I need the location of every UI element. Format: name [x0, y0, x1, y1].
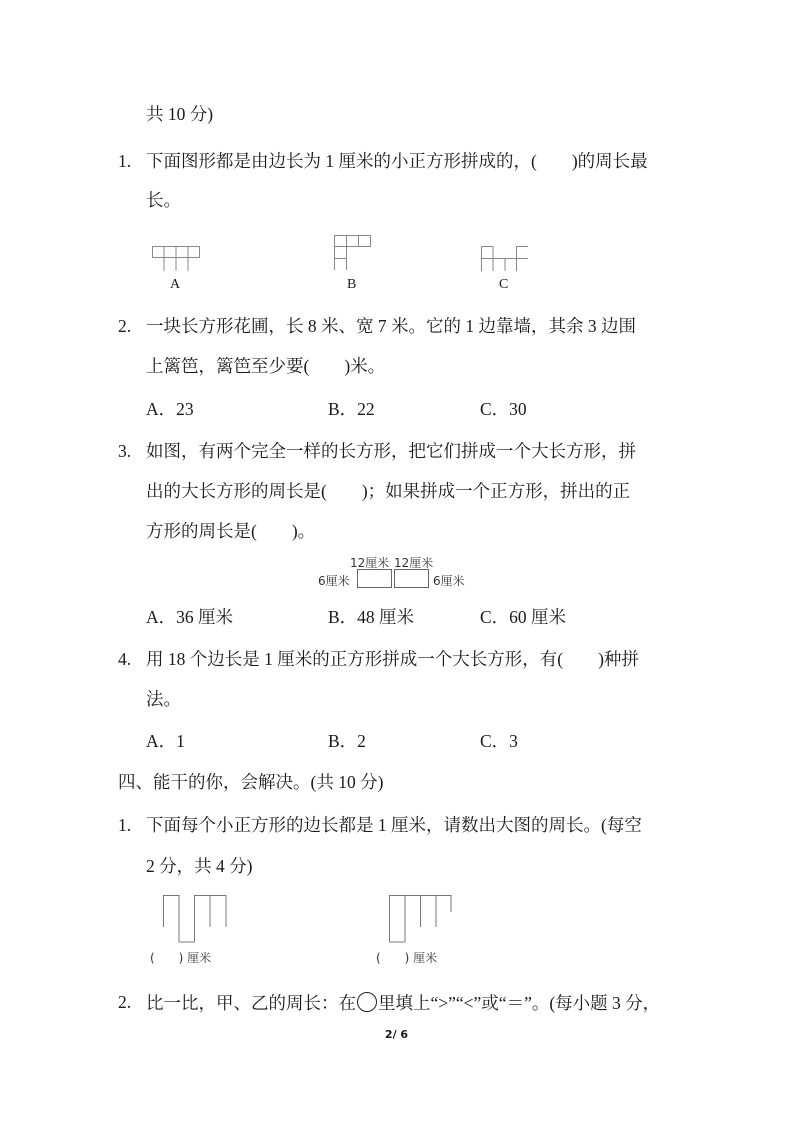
question-3-text-line2: 出的大长方形的周长是( )；如果拼成一个正方形，拼出的正: [146, 481, 630, 501]
figure-b: [334, 235, 372, 271]
question-4-option-a: A．1: [146, 731, 185, 751]
question-4-option-b: B．2: [328, 731, 366, 751]
question-4-option-c: C．3: [480, 731, 518, 751]
section-4-question-1-number: 1.: [118, 815, 131, 835]
figure-c-label: C: [499, 277, 508, 293]
section-4-question-1-text-line2: 2 分，共 4 分): [146, 856, 252, 876]
question-3-number: 3.: [118, 441, 131, 461]
q3-rectangle-left: [357, 569, 393, 589]
figure-b-label: B: [347, 277, 356, 293]
q3-figure-side-label-right: 6厘米: [433, 572, 465, 589]
question-2-text-line1: 一块长方形花圃，长 8 米、宽 7 米。它的 1 边靠墙，其余 3 边围: [146, 316, 636, 336]
question-3-option-a: A．36 厘米: [146, 607, 233, 627]
section-heading-continuation: 共 10 分): [146, 104, 213, 124]
question-2-number: 2.: [118, 316, 131, 336]
perimeter-answer-left: ( ) 厘米: [150, 949, 211, 966]
section-4-question-2-text-before: 比一比，甲、乙的周长：在: [146, 993, 356, 1013]
figure-c: [481, 246, 529, 272]
section-4-question-2-number: 2.: [118, 992, 131, 1012]
perimeter-figure-right: [389, 895, 455, 943]
question-4-number: 4.: [118, 649, 131, 669]
question-2-option-c: C．30: [480, 399, 527, 419]
question-3-text-line3: 方形的周长是( )。: [146, 521, 315, 541]
question-4-text-line2: 法。: [146, 689, 181, 709]
perimeter-figure-left: [163, 895, 229, 943]
question-2-option-a: A．23: [146, 399, 194, 419]
question-4-text-line1: 用 18 个边长是 1 厘米的正方形拼成一个大长方形，有( )种拼: [146, 649, 639, 669]
question-3-option-c: C．60 厘米: [480, 607, 566, 627]
question-1-text-line1: 下面图形都是由边长为 1 厘米的小正方形拼成的，( )的周长最: [146, 151, 648, 171]
perimeter-answer-right: ( ) 厘米: [376, 949, 437, 966]
figure-a-label: A: [170, 277, 180, 293]
figure-a: [152, 246, 202, 272]
question-3-option-b: B．48 厘米: [328, 607, 414, 627]
page-indicator: 2/ 6: [0, 1028, 793, 1041]
section-4-question-2-text-after: 里填上“>”“<”或“＝”。(每小题 3 分，: [378, 993, 660, 1013]
question-3-text-line1: 如图，有两个完全一样的长方形，把它们拼成一个大长方形，拼: [146, 441, 636, 461]
question-2-option-b: B．22: [328, 399, 375, 419]
question-1-number: 1.: [118, 151, 131, 171]
question-2-text-line2: 上篱笆，篱笆至少要( )米。: [146, 356, 385, 376]
section-4-question-1-text-line1: 下面每个小正方形的边长都是 1 厘米，请数出大图的周长。(每空: [146, 815, 642, 835]
section-4-question-2-text: 比一比，甲、乙的周长：在里填上“>”“<”或“＝”。(每小题 3 分，: [146, 992, 660, 1013]
answer-circle-icon: [357, 992, 377, 1012]
section-4-heading: 四、能干的你，会解决。(共 10 分): [118, 772, 383, 792]
q3-figure-side-label-left: 6厘米: [318, 572, 350, 589]
q3-rectangle-right: [394, 569, 430, 589]
question-1-text-line2: 长。: [146, 190, 181, 210]
